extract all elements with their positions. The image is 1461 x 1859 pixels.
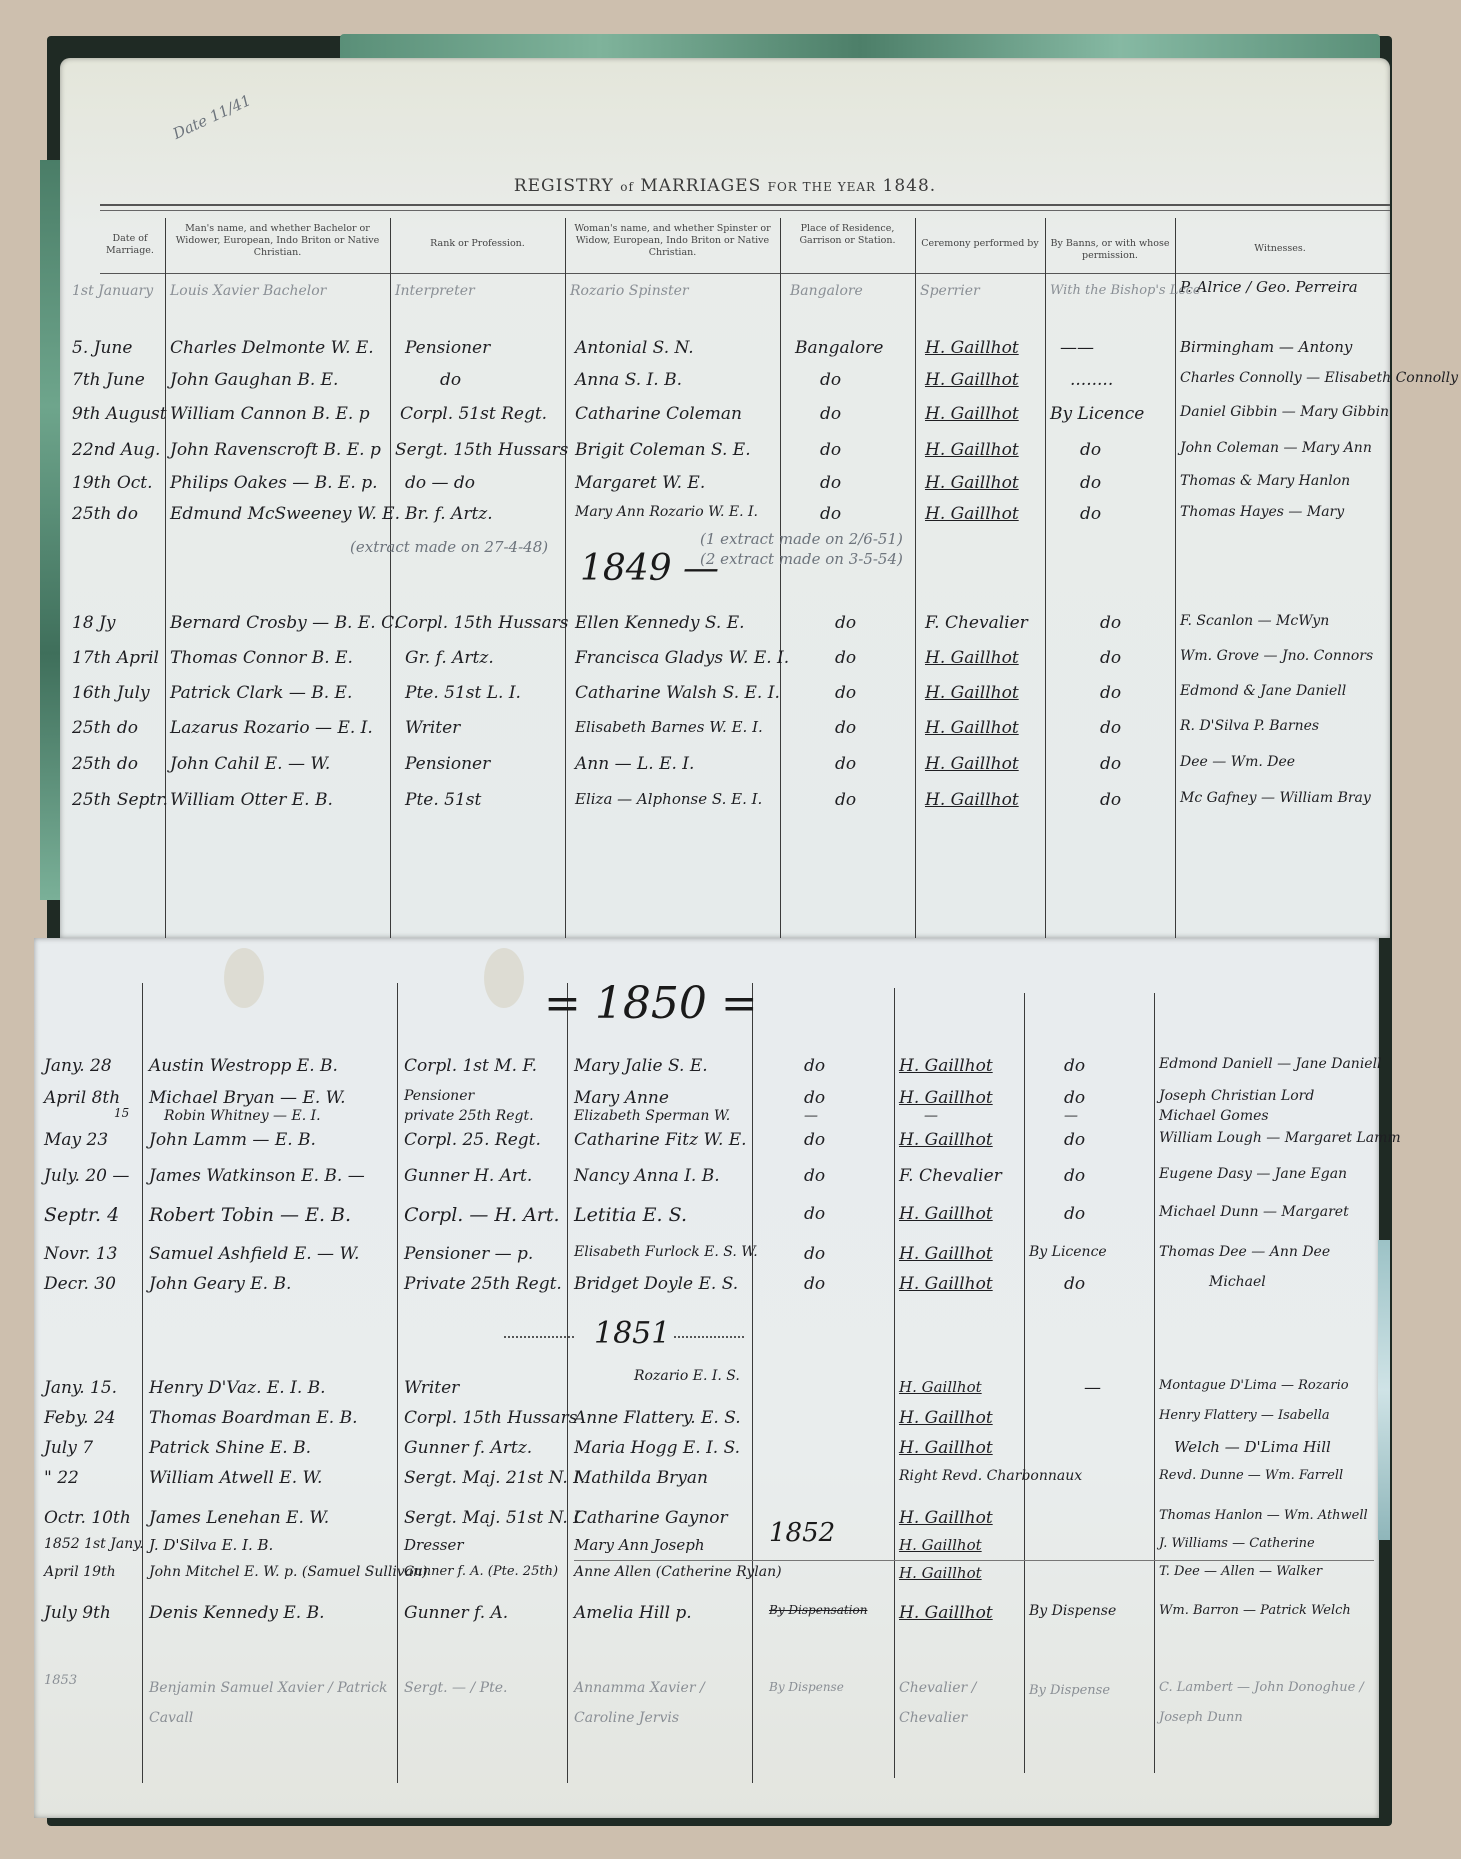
column-divider bbox=[390, 218, 391, 948]
marbled-edge-strip bbox=[1378, 1240, 1390, 1540]
column-divider bbox=[397, 983, 398, 1783]
paper-stain bbox=[224, 948, 264, 1008]
page-title: REGISTRY of MARRIAGES FOR THE YEAR 1848. bbox=[60, 176, 1390, 196]
column-divider bbox=[567, 983, 568, 1783]
year-heading-1851: 1851 bbox=[594, 1316, 670, 1351]
column-divider bbox=[1175, 218, 1176, 948]
column-divider bbox=[894, 988, 895, 1778]
column-divider bbox=[752, 983, 753, 1783]
header-date: Date of Marriage. bbox=[95, 233, 165, 257]
header-ceremony: Ceremony performed by bbox=[920, 238, 1040, 250]
paper-stain bbox=[484, 948, 524, 1008]
year-heading-1849: 1849 — bbox=[580, 548, 719, 589]
header-banns: By Banns, or with whose permission. bbox=[1050, 238, 1170, 262]
header-woman: Woman's name, and whether Spinster or Wi… bbox=[570, 223, 775, 259]
header-residence: Place of Residence, Garrison or Station. bbox=[785, 223, 910, 247]
year-heading-1850: = 1850 = bbox=[544, 978, 758, 1029]
column-divider bbox=[1024, 993, 1025, 1773]
header-man: Man's name, and whether Bachelor or Wido… bbox=[170, 223, 385, 259]
lower-register-page: = 1850 = Jany. 28 Austin Westropp E. B. … bbox=[34, 938, 1379, 1818]
section-rule bbox=[574, 1560, 1374, 1561]
year-heading-1852: 1852 bbox=[769, 1518, 835, 1548]
header-bottom-rule bbox=[100, 273, 1390, 274]
column-divider bbox=[165, 218, 166, 948]
upper-register-page: Date 11/41 REGISTRY of MARRIAGES FOR THE… bbox=[60, 58, 1390, 938]
decorative-rule bbox=[674, 1336, 744, 1338]
pencil-annotation: (1 extract made on 2/6-51) bbox=[700, 530, 903, 548]
column-divider bbox=[780, 218, 781, 948]
pencil-annotation: (extract made on 27-4-48) bbox=[350, 538, 548, 556]
marbled-endpaper-left bbox=[40, 160, 62, 900]
pencil-annotation: (2 extract made on 3-5-54) bbox=[700, 550, 903, 568]
column-divider bbox=[915, 218, 916, 948]
decorative-rule bbox=[504, 1336, 574, 1338]
column-divider bbox=[565, 218, 566, 948]
header-top-rule bbox=[100, 204, 1390, 211]
pencil-note: Date 11/41 bbox=[170, 91, 254, 143]
header-witnesses: Witnesses. bbox=[1180, 243, 1380, 255]
column-divider bbox=[142, 983, 143, 1783]
column-divider bbox=[1154, 993, 1155, 1773]
header-rank: Rank or Profession. bbox=[395, 238, 560, 250]
column-divider bbox=[1045, 218, 1046, 948]
